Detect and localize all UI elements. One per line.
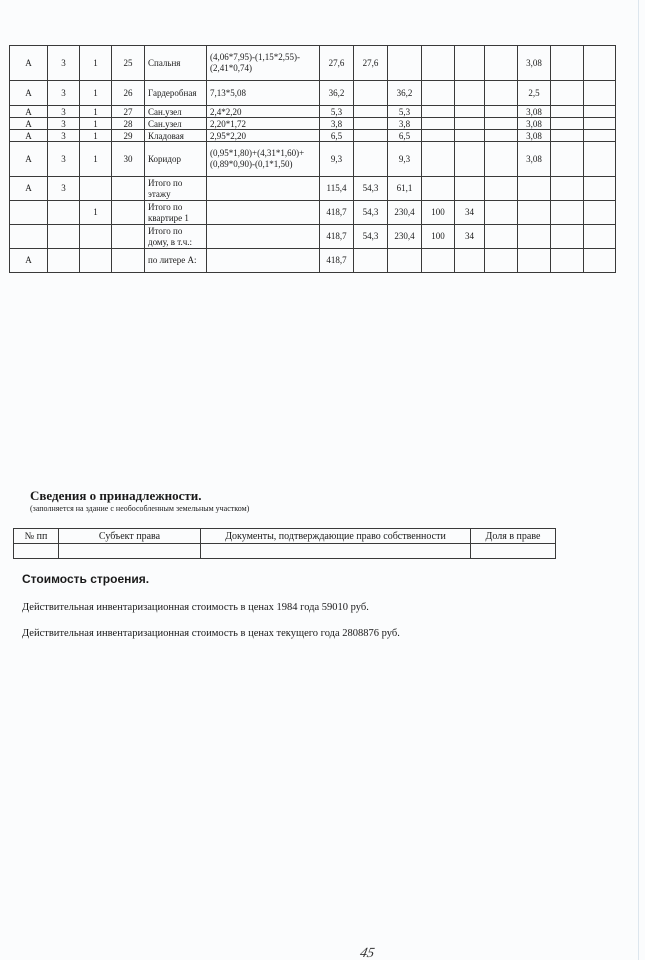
height-cell: 3,08 <box>518 46 551 81</box>
col13-cell <box>551 130 584 142</box>
col10-cell <box>455 118 485 130</box>
litera-cell: А <box>10 118 48 130</box>
height-cell <box>518 177 551 201</box>
aux-area-cell: 9,3 <box>388 142 422 177</box>
room-number-cell: 28 <box>112 118 145 130</box>
table-row: А3Итого по этажу115,454,361,1 <box>10 177 616 201</box>
litera-cell <box>10 201 48 225</box>
height-cell <box>518 225 551 249</box>
table-row: А3130Коридор(0,95*1,80)+(4,31*1,60)+(0,8… <box>10 142 616 177</box>
aux-area-cell: 36,2 <box>388 81 422 106</box>
formula-cell: 2,4*2,20 <box>207 106 320 118</box>
col11-cell <box>485 142 518 177</box>
col9-cell: 100 <box>422 201 455 225</box>
room-name-cell: Сан.узел <box>145 118 207 130</box>
col14-cell <box>584 118 616 130</box>
room-name-cell: Гардеробная <box>145 81 207 106</box>
col10-cell: 34 <box>455 201 485 225</box>
ownership-title: Сведения о принадлежности. <box>30 488 202 504</box>
room-name-cell: по литере А: <box>145 249 207 273</box>
col9-cell <box>422 130 455 142</box>
col14-cell <box>584 225 616 249</box>
aux-area-cell: 61,1 <box>388 177 422 201</box>
living-area-cell <box>354 142 388 177</box>
apartment-cell: 1 <box>80 46 112 81</box>
formula-cell: (0,95*1,80)+(4,31*1,60)+(0,89*0,90)-(0,1… <box>207 142 320 177</box>
apartment-cell: 1 <box>80 130 112 142</box>
col11-cell <box>485 201 518 225</box>
total-area-cell: 115,4 <box>320 177 354 201</box>
room-name-cell: Итого по квартире 1 <box>145 201 207 225</box>
col10-cell <box>455 249 485 273</box>
rooms-table: А3125Спальня(4,06*7,95)-(1,15*2,55)-(2,4… <box>9 45 616 273</box>
living-area-cell <box>354 106 388 118</box>
ownership-table: № пп Субъект права Документы, подтвержда… <box>13 528 556 559</box>
col14-cell <box>584 46 616 81</box>
col11-cell <box>485 46 518 81</box>
col10-cell <box>455 46 485 81</box>
floor-cell: 3 <box>48 106 80 118</box>
header-cell-share: Доля в праве <box>471 529 556 544</box>
height-cell: 3,08 <box>518 142 551 177</box>
col14-cell <box>584 130 616 142</box>
room-number-cell <box>112 201 145 225</box>
height-cell: 3,08 <box>518 130 551 142</box>
col9-cell <box>422 46 455 81</box>
room-name-cell: Сан.узел <box>145 106 207 118</box>
col11-cell <box>485 177 518 201</box>
room-number-cell: 29 <box>112 130 145 142</box>
col9-cell <box>422 106 455 118</box>
apartment-cell: 1 <box>80 106 112 118</box>
cell-subject <box>59 544 201 559</box>
table-row: А3127Сан.узел2,4*2,205,35,33,08 <box>10 106 616 118</box>
col13-cell <box>551 142 584 177</box>
col13-cell <box>551 118 584 130</box>
total-area-cell: 6,5 <box>320 130 354 142</box>
room-name-cell: Коридор <box>145 142 207 177</box>
litera-cell <box>10 225 48 249</box>
room-number-cell <box>112 225 145 249</box>
floor-cell: 3 <box>48 142 80 177</box>
col13-cell <box>551 249 584 273</box>
col11-cell <box>485 106 518 118</box>
col10-cell <box>455 142 485 177</box>
room-number-cell: 25 <box>112 46 145 81</box>
formula-cell <box>207 225 320 249</box>
col13-cell <box>551 201 584 225</box>
apartment-cell <box>80 225 112 249</box>
height-cell: 3,08 <box>518 118 551 130</box>
cell-documents <box>201 544 471 559</box>
living-area-cell: 27,6 <box>354 46 388 81</box>
room-number-cell <box>112 177 145 201</box>
floor-cell: 3 <box>48 118 80 130</box>
aux-area-cell: 5,3 <box>388 106 422 118</box>
cost-current-line: Действительная инвентаризационная стоимо… <box>22 628 400 639</box>
apartment-cell: 1 <box>80 142 112 177</box>
living-area-cell <box>354 130 388 142</box>
aux-area-cell: 6,5 <box>388 130 422 142</box>
litera-cell: А <box>10 106 48 118</box>
formula-cell: 2,20*1,72 <box>207 118 320 130</box>
header-cell-subject: Субъект права <box>59 529 201 544</box>
total-area-cell: 5,3 <box>320 106 354 118</box>
col14-cell <box>584 142 616 177</box>
litera-cell: А <box>10 130 48 142</box>
room-name-cell: Итого по этажу <box>145 177 207 201</box>
formula-cell <box>207 249 320 273</box>
col13-cell <box>551 177 584 201</box>
col10-cell <box>455 106 485 118</box>
total-area-cell: 36,2 <box>320 81 354 106</box>
height-cell <box>518 201 551 225</box>
col13-cell <box>551 81 584 106</box>
apartment-cell: 1 <box>80 201 112 225</box>
floor-cell: 3 <box>48 177 80 201</box>
room-number-cell: 30 <box>112 142 145 177</box>
cost-title: Стоимость строения. <box>22 572 149 586</box>
litera-cell: А <box>10 46 48 81</box>
table-row: А3125Спальня(4,06*7,95)-(1,15*2,55)-(2,4… <box>10 46 616 81</box>
col9-cell <box>422 249 455 273</box>
col14-cell <box>584 177 616 201</box>
cell-number <box>14 544 59 559</box>
total-area-cell: 27,6 <box>320 46 354 81</box>
total-area-cell: 418,7 <box>320 201 354 225</box>
cost-1984-line: Действительная инвентаризационная стоимо… <box>22 602 369 613</box>
col13-cell <box>551 46 584 81</box>
total-area-cell: 418,7 <box>320 225 354 249</box>
header-cell-number: № пп <box>14 529 59 544</box>
room-number-cell <box>112 249 145 273</box>
col14-cell <box>584 81 616 106</box>
formula-cell <box>207 177 320 201</box>
col9-cell <box>422 177 455 201</box>
ownership-note: (заполняется на здание с необособленным … <box>30 504 249 513</box>
page-number: 45 <box>358 946 375 960</box>
col11-cell <box>485 249 518 273</box>
floor-cell <box>48 201 80 225</box>
col10-cell <box>455 130 485 142</box>
apartment-cell <box>80 177 112 201</box>
page-edge <box>638 0 639 960</box>
aux-area-cell: 230,4 <box>388 201 422 225</box>
height-cell: 2,5 <box>518 81 551 106</box>
room-name-cell: Кладовая <box>145 130 207 142</box>
total-area-cell: 3,8 <box>320 118 354 130</box>
total-area-cell: 418,7 <box>320 249 354 273</box>
height-cell <box>518 249 551 273</box>
formula-cell: 7,13*5,08 <box>207 81 320 106</box>
litera-cell: А <box>10 177 48 201</box>
living-area-cell <box>354 81 388 106</box>
table-row: А3129Кладовая2,95*2,206,56,53,08 <box>10 130 616 142</box>
total-area-cell: 9,3 <box>320 142 354 177</box>
col10-cell <box>455 81 485 106</box>
litera-cell: А <box>10 249 48 273</box>
col10-cell: 34 <box>455 225 485 249</box>
living-area-cell <box>354 249 388 273</box>
col9-cell: 100 <box>422 225 455 249</box>
floor-cell <box>48 225 80 249</box>
room-name-cell: Спальня <box>145 46 207 81</box>
col11-cell <box>485 118 518 130</box>
ownership-header-row: № пп Субъект права Документы, подтвержда… <box>14 529 556 544</box>
table-row: Итого по дому, в т.ч.:418,754,3230,41003… <box>10 225 616 249</box>
living-area-cell: 54,3 <box>354 225 388 249</box>
col14-cell <box>584 201 616 225</box>
col14-cell <box>584 249 616 273</box>
room-number-cell: 27 <box>112 106 145 118</box>
litera-cell: А <box>10 81 48 106</box>
aux-area-cell <box>388 46 422 81</box>
col9-cell <box>422 81 455 106</box>
living-area-cell: 54,3 <box>354 201 388 225</box>
table-row: А3128Сан.узел2,20*1,723,83,83,08 <box>10 118 616 130</box>
table-row: 1Итого по квартире 1418,754,3230,410034 <box>10 201 616 225</box>
floor-cell <box>48 249 80 273</box>
table-row: Апо литере А:418,7 <box>10 249 616 273</box>
col9-cell <box>422 142 455 177</box>
room-name-cell: Итого по дому, в т.ч.: <box>145 225 207 249</box>
cell-share <box>471 544 556 559</box>
formula-cell: 2,95*2,20 <box>207 130 320 142</box>
apartment-cell: 1 <box>80 118 112 130</box>
formula-cell: (4,06*7,95)-(1,15*2,55)-(2,41*0,74) <box>207 46 320 81</box>
height-cell: 3,08 <box>518 106 551 118</box>
col9-cell <box>422 118 455 130</box>
aux-area-cell: 3,8 <box>388 118 422 130</box>
floor-cell: 3 <box>48 81 80 106</box>
col14-cell <box>584 106 616 118</box>
col11-cell <box>485 81 518 106</box>
col11-cell <box>485 225 518 249</box>
col13-cell <box>551 106 584 118</box>
col10-cell <box>455 177 485 201</box>
room-number-cell: 26 <box>112 81 145 106</box>
apartment-cell: 1 <box>80 81 112 106</box>
formula-cell <box>207 201 320 225</box>
litera-cell: А <box>10 142 48 177</box>
table-row: А3126Гардеробная7,13*5,0836,236,22,5 <box>10 81 616 106</box>
aux-area-cell <box>388 249 422 273</box>
floor-cell: 3 <box>48 46 80 81</box>
living-area-cell <box>354 118 388 130</box>
aux-area-cell: 230,4 <box>388 225 422 249</box>
col11-cell <box>485 130 518 142</box>
header-cell-documents: Документы, подтверждающие право собствен… <box>201 529 471 544</box>
floor-cell: 3 <box>48 130 80 142</box>
col13-cell <box>551 225 584 249</box>
apartment-cell <box>80 249 112 273</box>
ownership-row <box>14 544 556 559</box>
living-area-cell: 54,3 <box>354 177 388 201</box>
